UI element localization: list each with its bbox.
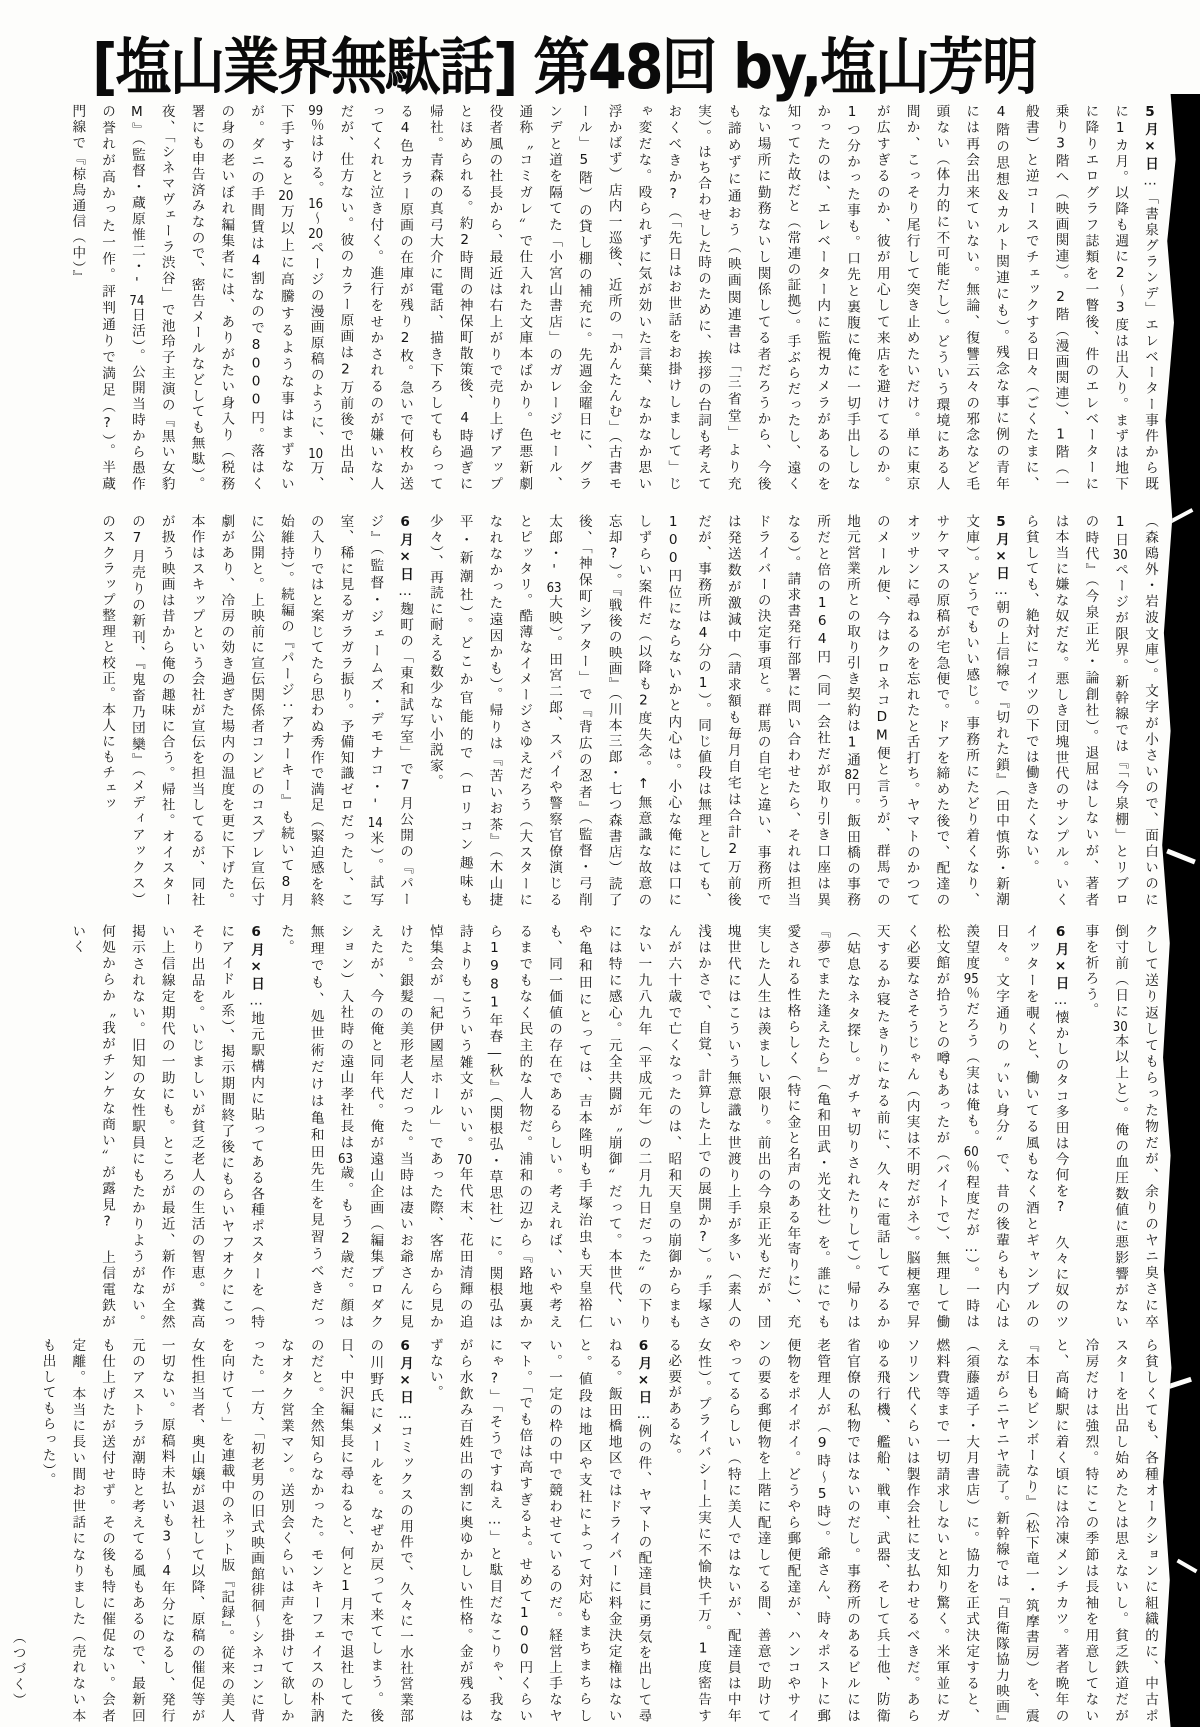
article-band-1: 5月×日…「書泉グランデ」エレベーター事件から既に1カ月。以降も週に2～3度は出… — [60, 104, 1164, 492]
diary-date-lead: 6月×日 — [1053, 924, 1069, 992]
tate-chu-yoko-number: 20 — [278, 189, 294, 204]
tate-chu-yoko-number: 99 — [308, 104, 324, 118]
tate-chu-yoko-number: 10 — [308, 447, 324, 461]
tate-chu-yoko-number: 30 — [1112, 1020, 1128, 1034]
article-band-4: ら貧しくても、各種オークションに組織的に、中古ポスターを出品し始めたとは思えない… — [60, 1338, 1164, 1724]
scan-scratch — [1176, 1559, 1197, 1573]
article-paragraph: 6月×日…コミックスの用件で、久々に一水社営業部の川野氏にメールを。なぜか戻って… — [32, 1338, 419, 1724]
article-paragraph: 5月×日…「書泉グランデ」エレベーター事件から既に1カ月。以降も週に2～3度は出… — [62, 104, 1164, 492]
scan-scratch — [1169, 508, 1194, 524]
tate-chu-yoko-number: 70 — [457, 1153, 473, 1167]
tate-chu-yoko-number: 14 — [367, 815, 383, 831]
article-band-3: クして送り返してもらった物だが、余りのヤニ臭さに卒倒寸前（日に30本以上と）。俺… — [60, 924, 1164, 1330]
to-be-continued-label: （つづく） — [2, 1338, 32, 1724]
article-paragraph: 6月×日…例の件、ヤマトの配達員に勇気を出して尋ねる。飯田橋地区ではドライバーに… — [419, 1338, 657, 1724]
article-paragraph: クして送り返してもらった物だが、余りのヤニ臭さに卒倒寸前（日に30本以上と）。俺… — [1075, 924, 1164, 1330]
tate-chu-yoko-number: 82 — [844, 768, 860, 782]
magazine-page: [塩山業界無駄話] 第48回 by,塩山芳明 5月×日…「書泉グランデ」エレベー… — [0, 0, 1200, 1727]
tate-chu-yoko-number: 16 — [308, 197, 324, 211]
tate-chu-yoko-number: 74 — [129, 293, 145, 307]
page-title: [塩山業界無駄話] 第48回 by,塩山芳明 — [92, 18, 1082, 104]
article-paragraph: 6月×日…地元駅構内に貼ってある各種ポスターを（特にアイドル系）、掲示期間終了後… — [62, 924, 271, 1330]
article-paragraph: （森鴎外・岩波文庫）。文字が小さいので、面白いのに1日30ページが限界。新幹線で… — [1015, 514, 1164, 908]
tate-chu-yoko-number: 95 — [963, 972, 979, 986]
diary-date-lead: 5月×日 — [993, 514, 1009, 582]
scan-edge-artifact — [1158, 94, 1200, 1727]
diary-date-lead: 6月×日 — [248, 924, 264, 993]
tate-chu-yoko-number: 60 — [963, 1145, 979, 1159]
scan-scratch — [1166, 849, 1196, 865]
article-band-2: （森鴎外・岩波文庫）。文字が小さいので、面白いのに1日30ページが限界。新幹線で… — [60, 514, 1164, 908]
article-paragraph: 6月×日…懐かしのタコ多田は今何を? 久々に奴のツイッターを覗くと、働いてる風も… — [270, 924, 1075, 1330]
tate-chu-yoko-number: 63 — [337, 1152, 353, 1166]
article-paragraph: 6月×日…麹町の「東和試写室」で7月公開の『パージ』（監督・ジェームズ・デモナコ… — [91, 514, 419, 908]
article-paragraph: ら貧しくても、各種オークションに組織的に、中古ポスターを出品し始めたとは思えない… — [657, 1338, 1164, 1724]
diary-date-lead: 6月×日 — [397, 1338, 413, 1406]
tate-chu-yoko-number: 20 — [308, 227, 324, 241]
tate-chu-yoko-number: 63 — [546, 580, 562, 594]
tate-chu-yoko-number: 30 — [1112, 548, 1128, 562]
diary-date-lead: 6月×日 — [397, 514, 413, 583]
diary-date-lead: 6月×日 — [635, 1338, 651, 1406]
article-paragraph: 5月×日…朝の上信線で『切れた鎖』（田中慎弥・新潮文庫）。どうでもいい感じ。事務… — [419, 514, 1015, 908]
diary-date-lead: 5月×日 — [1142, 104, 1158, 172]
